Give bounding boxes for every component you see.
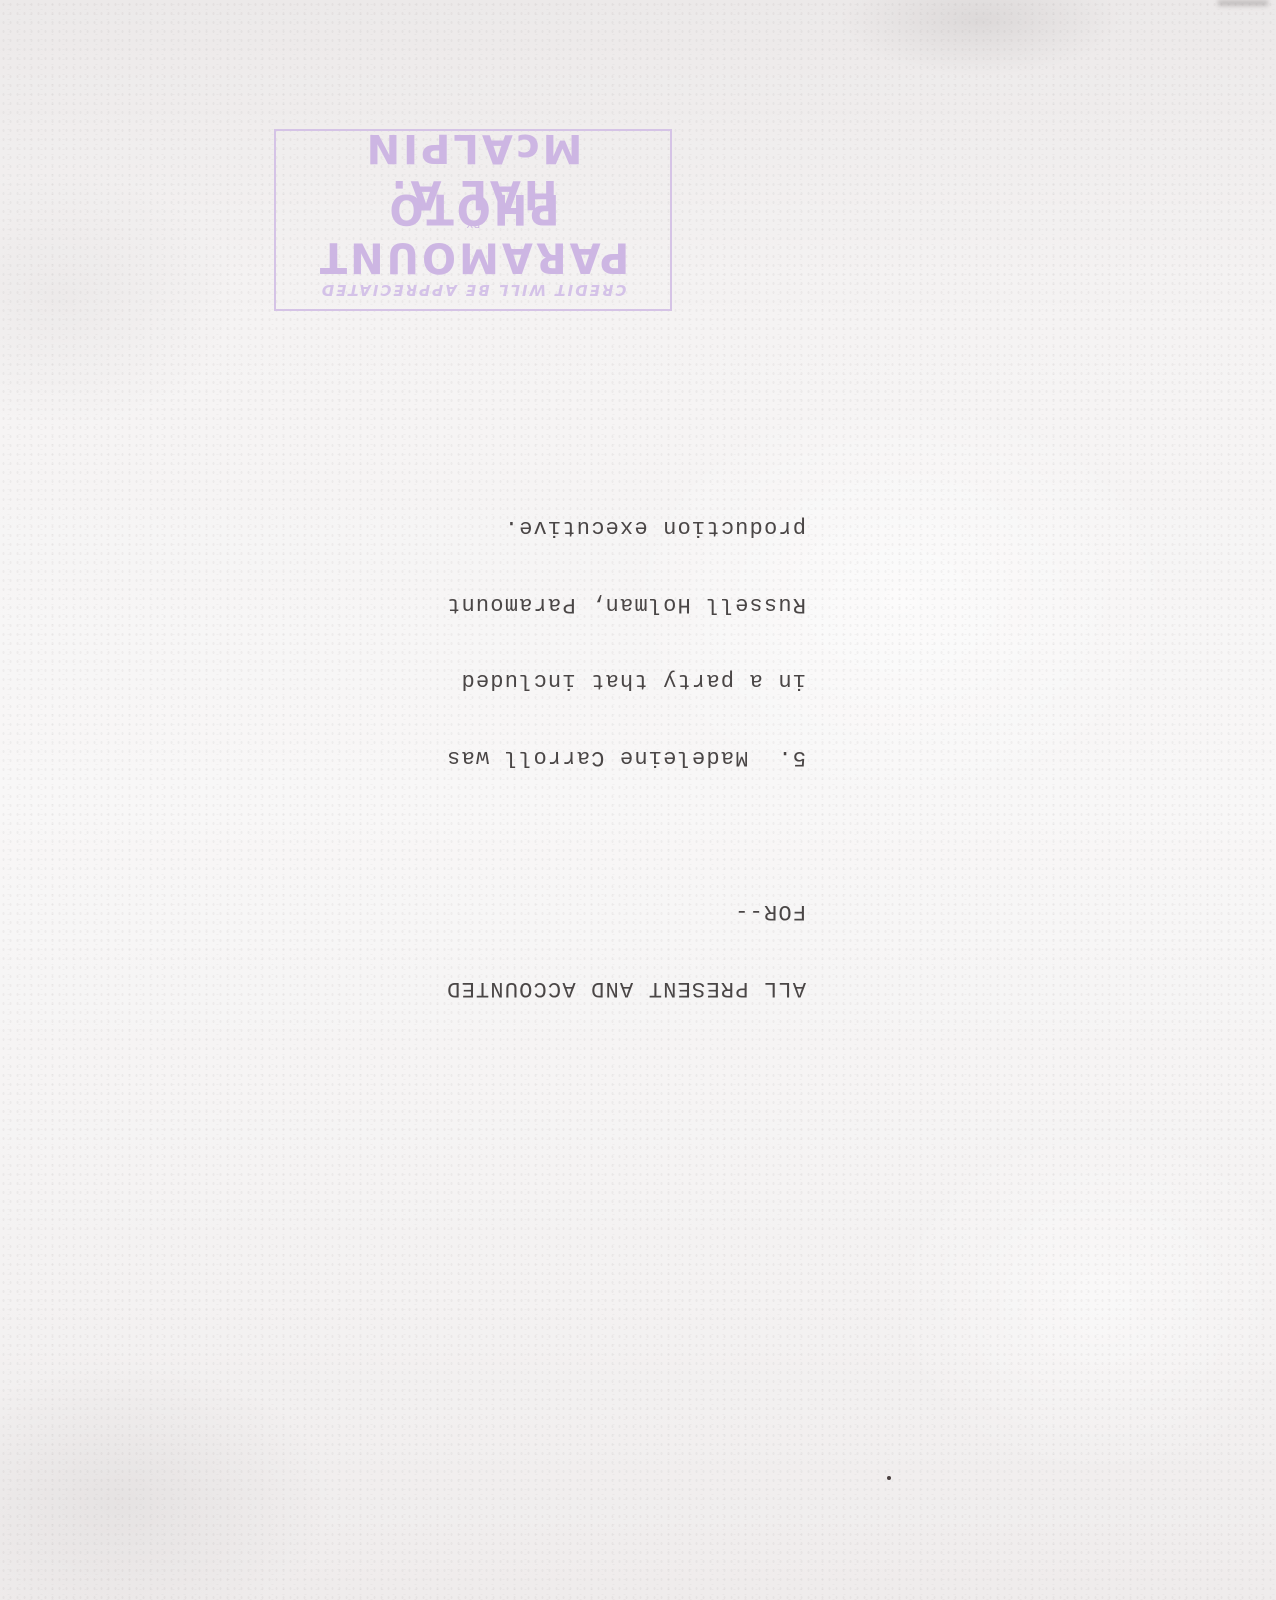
caption-body-line: in a party that included [376, 668, 806, 694]
caption-body-line: 5. Madeleine Carroll was [376, 745, 806, 771]
photo-credit-stamp: CREDIT WILL BE APPRECIATED PARAMOUNT PHO… [274, 129, 672, 311]
caption-spacer [376, 821, 806, 848]
caption-body-line: production executive. [376, 515, 806, 541]
paper-smudge [1218, 0, 1268, 6]
ink-speck [887, 1476, 891, 1480]
stamp-by: BY [276, 218, 670, 229]
stamp-credit-line: CREDIT WILL BE APPRECIATED [276, 281, 670, 299]
caption-body-line: Russell Holman, Paramount [376, 592, 806, 618]
caption-heading-line: FOR-- [376, 899, 806, 925]
stamp-photographer: HAL A. McALPIN [276, 125, 670, 217]
caption-heading-line: ALL PRESENT AND ACCOUNTED [376, 976, 806, 1002]
typed-caption: ALL PRESENT AND ACCOUNTED FOR-- 5. Madel… [376, 846, 806, 1052]
